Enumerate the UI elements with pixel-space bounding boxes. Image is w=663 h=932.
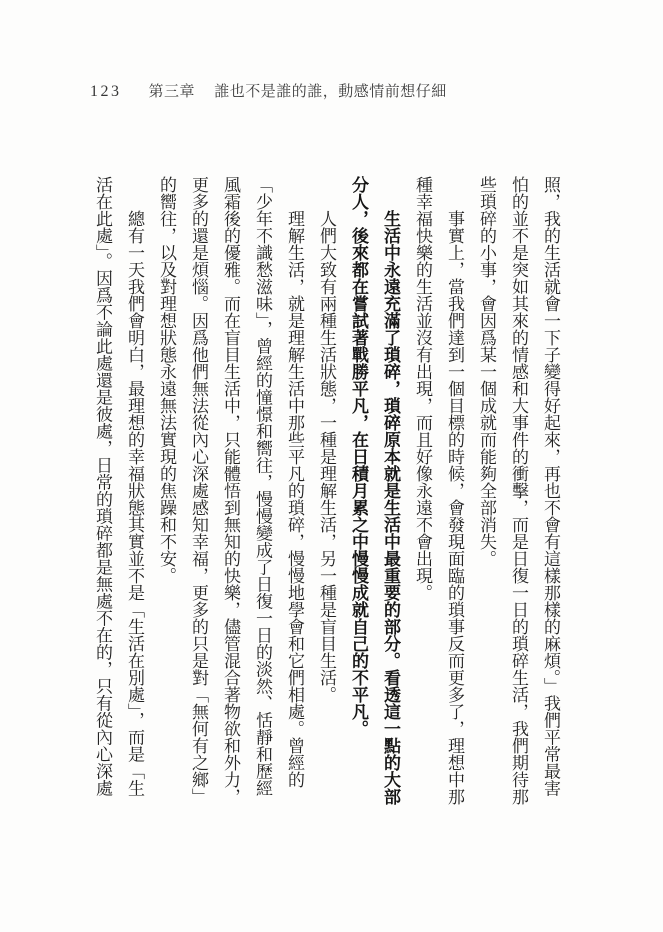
page-number: 123 — [90, 83, 122, 101]
chapter-title: 誰也不是誰的誰，動感情前想仔細 — [214, 84, 447, 100]
running-head: 123 第三章 誰也不是誰的誰，動感情前想仔細 — [90, 80, 623, 101]
book-page: 123 第三章 誰也不是誰的誰，動感情前想仔細 照，我的生活就會一下子變得好起來… — [0, 0, 663, 932]
chapter-number: 第三章 — [149, 84, 196, 100]
body-paragraph: 事實上，當我們達到一個目標的時候，會發現面臨的瑣事反而更多了，理想中那種幸福快樂… — [406, 176, 470, 807]
body-paragraph: 理解生活，就是理解生活中那些平凡的瑣碎，慢慢地學會和它們相處。曾經的「少年不識愁… — [150, 176, 310, 807]
body-paragraph: 人們大致有兩種生活狀態，一種是理解生活，另一種是盲目生活。 — [310, 176, 342, 807]
body-paragraph: 照，我的生活就會一下子變得好起來，再也不會有這樣那樣的麻煩。」我們平常最害怕的並… — [470, 176, 566, 807]
body-paragraph: 總有一天我們會明白，最理想的幸福狀態其實並不是「生活在別處」，而是「生活在此處」… — [86, 176, 150, 807]
body-paragraph-emphasized: 生活中永遠充滿了瑣碎，瑣碎原本就是生活中最重要的部分。看透這一點的大部分人，後來… — [342, 176, 406, 807]
chapter-heading: 第三章 誰也不是誰的誰，動感情前想仔細 — [149, 80, 447, 101]
body-text-block: 照，我的生活就會一下子變得好起來，再也不會有這樣那樣的麻煩。」我們平常最害怕的並… — [66, 176, 566, 807]
